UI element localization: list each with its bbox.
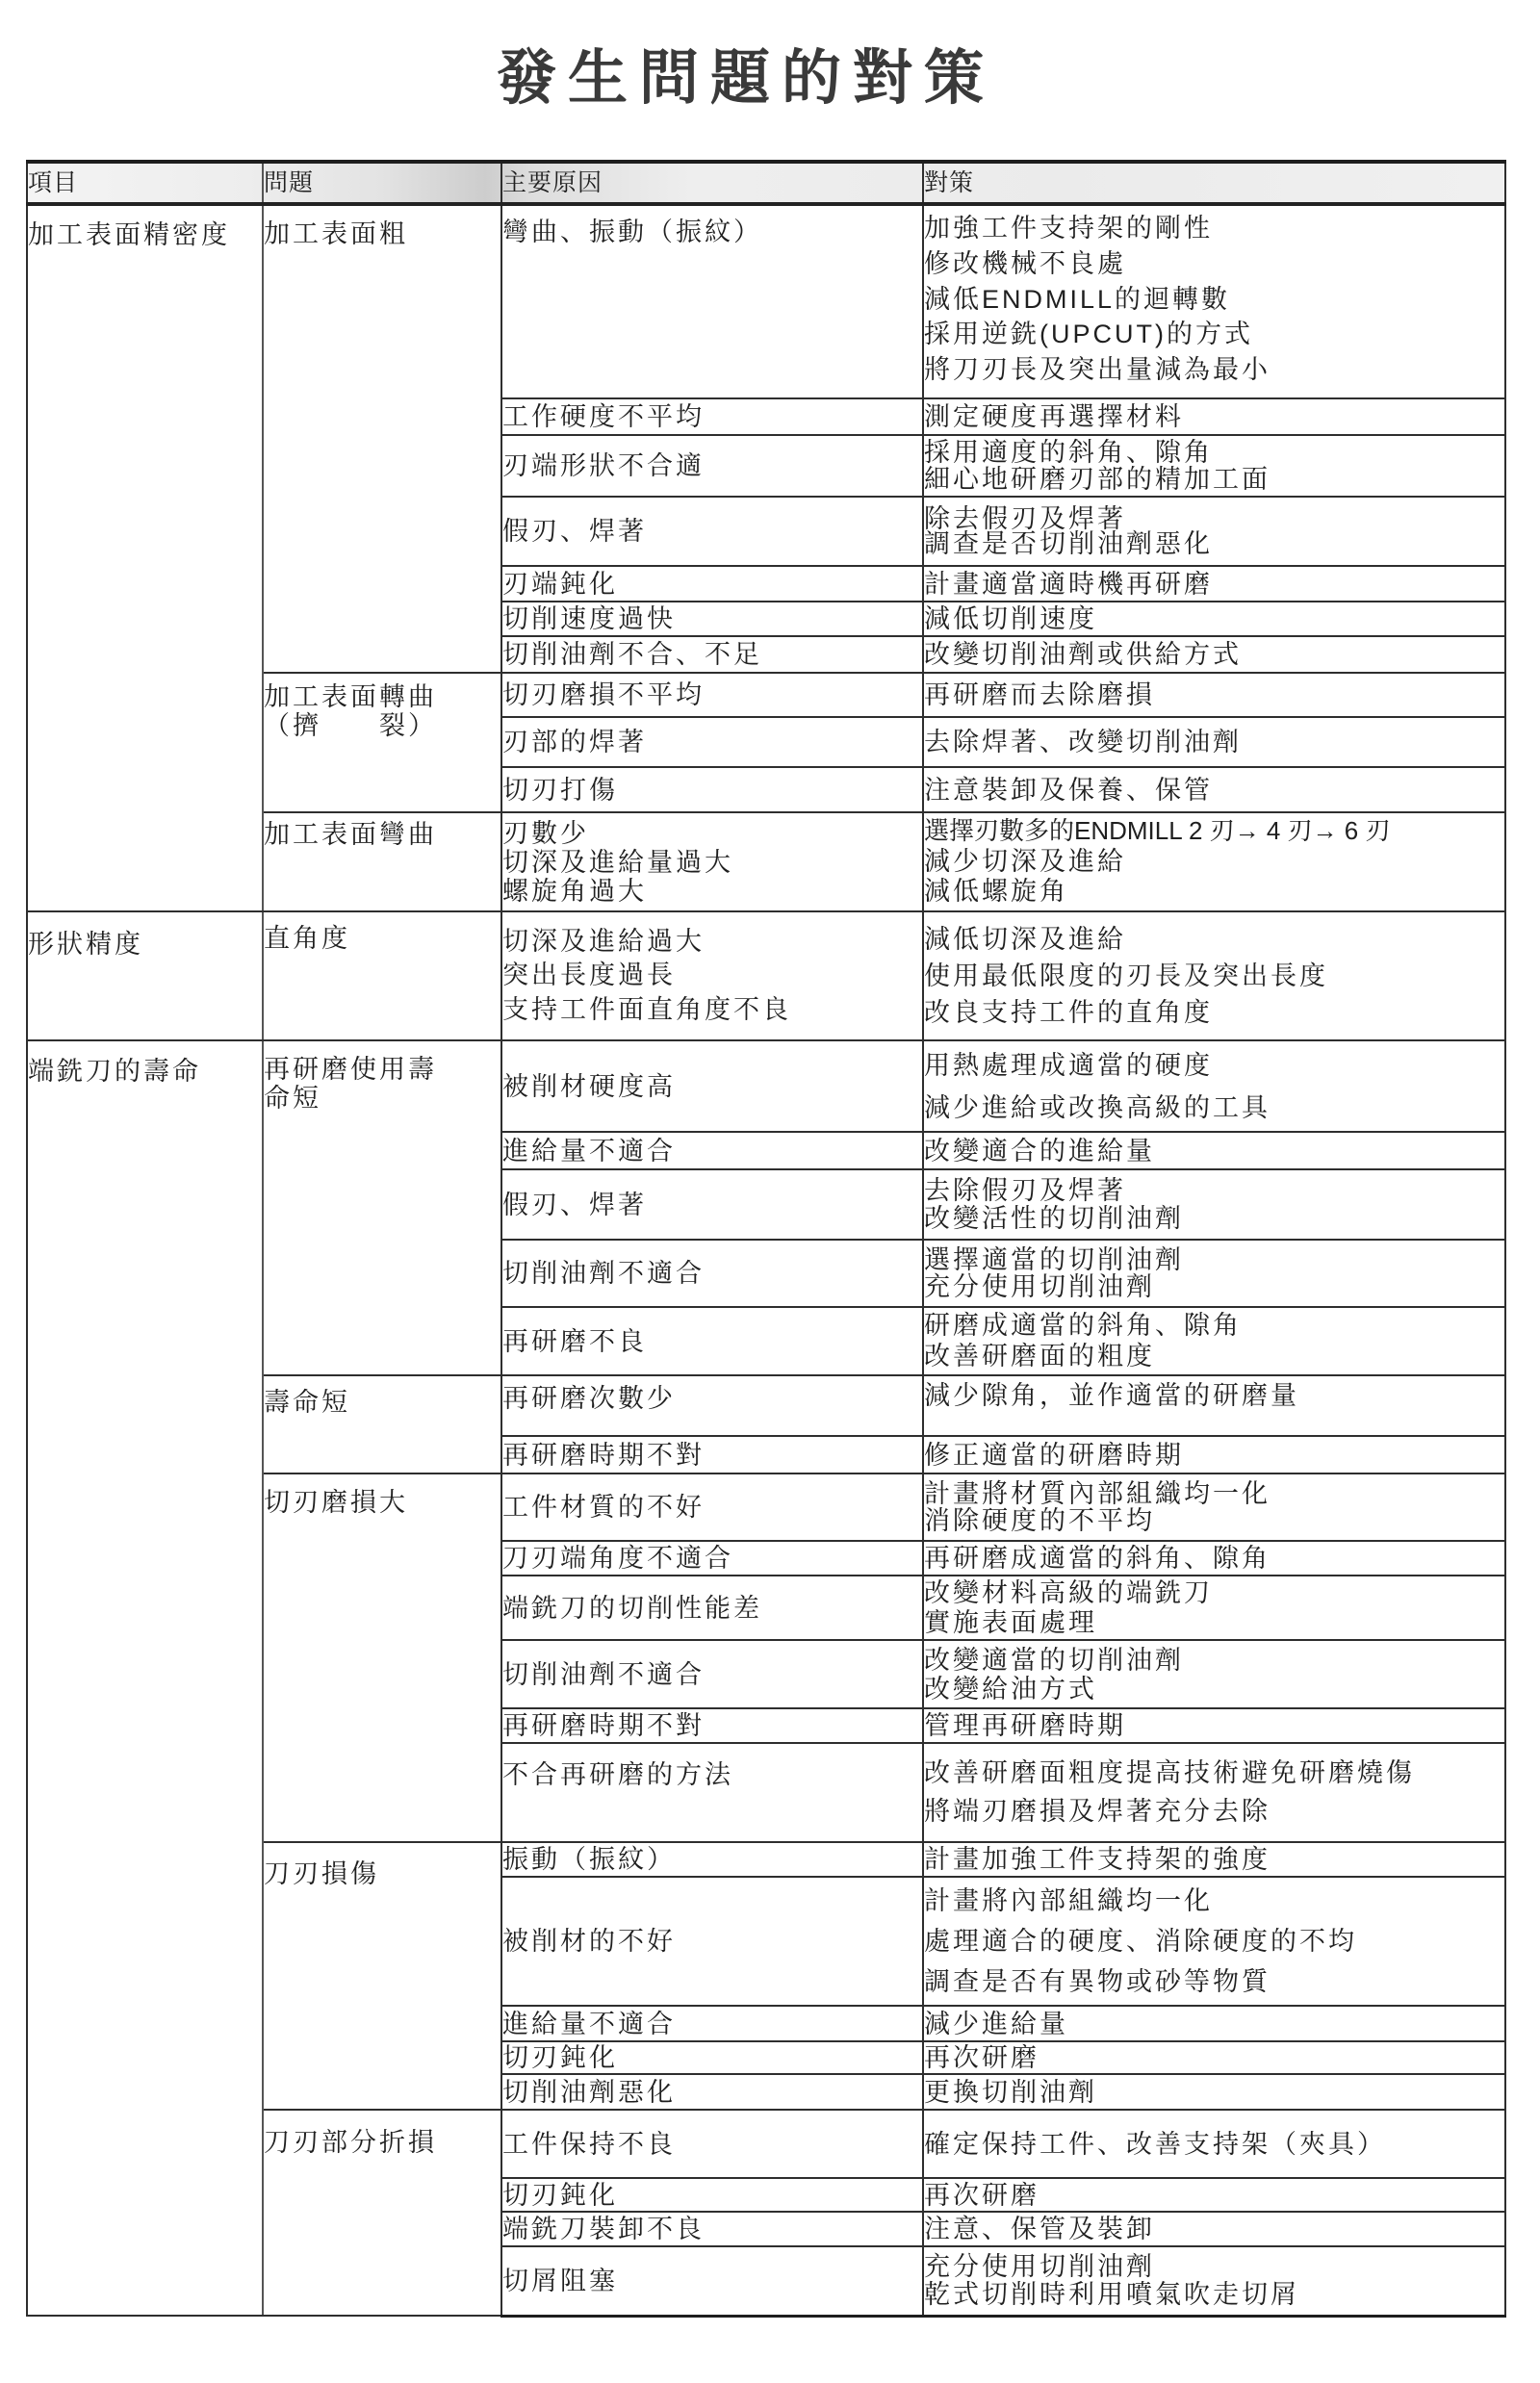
measure-line: 減低切削速度 — [924, 604, 1501, 633]
header-problem: 問題 — [263, 162, 501, 204]
cause-line: 刃數少 — [502, 819, 918, 848]
measure-line: 減低螺旋角 — [924, 877, 1501, 908]
measure-line: 再次研磨 — [924, 2043, 1501, 2072]
cause-line: 不合再研磨的方法 — [502, 1758, 918, 1791]
cause-line: 再研磨次數少 — [502, 1384, 918, 1413]
measure-line: 加強工件支持架的剛性 — [924, 211, 1501, 246]
measure-cell: 計畫適當適時機再研磨 — [923, 566, 1505, 602]
measure-line: 改變切削油劑或供給方式 — [924, 640, 1501, 669]
cause-cell: 振動（振紋） — [501, 1842, 923, 1877]
measure-line: 再研磨成適當的斜角、隙角 — [924, 1544, 1501, 1573]
item-label: 端銑刀的壽命 — [28, 1057, 258, 1086]
measure-line: 改變適合的進給量 — [924, 1137, 1501, 1166]
cause-line: 再研磨時期不對 — [502, 1441, 918, 1470]
item-label: 加工表面精密度 — [28, 220, 258, 249]
cause-cell: 切刃鈍化 — [501, 2178, 923, 2212]
problem-label: 直角度 — [264, 924, 497, 953]
measure-cell: 充分使用切削油劑 乾式切削時利用噴氣吹走切屑 — [923, 2246, 1505, 2316]
measure-cell: 再研磨而去除磨損 — [923, 673, 1505, 717]
measure-line: 調查是否切削油劑惡化 — [924, 531, 1501, 556]
cause-line: 支持工件面直角度不良 — [502, 993, 918, 1028]
measure-line: 改變給油方式 — [924, 1675, 1501, 1704]
measure-line: 採用適度的斜角、隙角 — [924, 439, 1501, 466]
cause-line: 切削油劑不適合 — [502, 1660, 918, 1689]
problem-cell: 加工表面彎曲 — [263, 812, 501, 911]
cause-line: 切深及進給過大 — [502, 925, 918, 960]
cause-line: 切刃鈍化 — [502, 2181, 918, 2210]
cause-line: 突出長度過長 — [502, 959, 918, 993]
cause-cell: 假刃、焊著 — [501, 1169, 923, 1240]
measure-cell: 管理再研磨時期 — [923, 1708, 1505, 1743]
measure-cell: 注意、保管及裝卸 — [923, 2212, 1505, 2246]
measure-line: 去除焊著、改變切削油劑 — [924, 728, 1501, 756]
cause-cell: 工件材質的不好 — [501, 1473, 923, 1541]
measure-line: 管理再研磨時期 — [924, 1711, 1501, 1740]
problem-label: 壽命短 — [264, 1388, 497, 1417]
measure-line: 更換切削油劑 — [924, 2078, 1501, 2107]
measure-line: 乾式切削時利用噴氣吹走切屑 — [924, 2281, 1501, 2308]
item-cell: 形狀精度 — [27, 911, 263, 1040]
cause-line: 假刃、焊著 — [502, 1191, 918, 1219]
measure-line: 減少切深及進給 — [924, 847, 1501, 878]
table-header: 項目 問題 主要原因 對策 — [27, 162, 1505, 204]
cause-cell: 切刃鈍化 — [501, 2041, 923, 2074]
item-cell: 端銑刀的壽命 — [27, 1040, 263, 2316]
table-row: 加工表面精密度 加工表面粗 彎曲、振動（振紋） 加強工件支持架的剛性 修改機械不… — [27, 204, 1505, 398]
measure-line: 修正適當的研磨時期 — [924, 1441, 1501, 1470]
measure-line: 使用最低限度的刃長及突出長度 — [924, 958, 1501, 994]
measure-line: 充分使用切削油劑 — [924, 1273, 1501, 1300]
cause-cell: 被削材硬度高 — [501, 1040, 923, 1132]
cause-line: 彎曲、振動（振紋） — [502, 216, 918, 248]
cause-cell: 進給量不適合 — [501, 1132, 923, 1169]
cause-cell: 刃端形狀不合適 — [501, 435, 923, 497]
measure-cell: 注意裝卸及保養、保管 — [923, 767, 1505, 812]
problem-label: 命短 — [264, 1084, 497, 1113]
measure-cell: 加強工件支持架的剛性 修改機械不良處 減低ENDMILL的迴轉數 採用逆銑(UP… — [923, 204, 1505, 398]
measure-line: 處理適合的硬度、消除硬度的不均 — [924, 1921, 1501, 1961]
measure-cell: 計畫將材質內部組織均一化 消除硬度的不平均 — [923, 1473, 1505, 1541]
problem-cell: 壽命短 — [263, 1375, 501, 1473]
cause-cell: 刃數少 切深及進給量過大 螺旋角過大 — [501, 812, 923, 911]
measure-cell: 減低切深及進給 使用最低限度的刃長及突出長度 改良支持工件的直角度 — [923, 911, 1505, 1040]
cause-line: 振動（振紋） — [502, 1845, 918, 1874]
cause-line: 螺旋角過大 — [502, 877, 918, 906]
cause-line: 切削油劑惡化 — [502, 2078, 918, 2107]
cause-cell: 彎曲、振動（振紋） — [501, 204, 923, 398]
cause-cell: 不合再研磨的方法 — [501, 1743, 923, 1842]
countermeasure-table: 項目 問題 主要原因 對策 加工表面精密度 加工表面粗 彎曲、振動（振紋） 加強… — [26, 160, 1506, 2318]
measure-line: 修改機械不良處 — [924, 246, 1501, 282]
cause-line: 工作硬度不平均 — [502, 402, 918, 431]
cause-line: 切刃打傷 — [502, 776, 918, 805]
measure-cell: 改善研磨面粗度提高技術避免研磨燒傷 將端刃磨損及焊著充分去除 — [923, 1743, 1505, 1842]
measure-line: 計畫加強工件支持架的強度 — [924, 1845, 1501, 1874]
item-cell: 加工表面精密度 — [27, 204, 263, 911]
header-item: 項目 — [27, 162, 263, 204]
cause-line: 切削速度過快 — [502, 604, 918, 633]
problem-label: 切刃磨損大 — [264, 1488, 497, 1517]
cause-cell: 工作硬度不平均 — [501, 398, 923, 435]
cause-line: 刀刃端角度不適合 — [502, 1544, 918, 1573]
measure-cell: 再研磨成適當的斜角、隙角 — [923, 1541, 1505, 1576]
measure-line: 充分使用切削油劑 — [924, 2253, 1501, 2280]
problem-cell: 切刃磨損大 — [263, 1473, 501, 1842]
measure-line: 再次研磨 — [924, 2181, 1501, 2210]
measure-line: 除去假刃及焊著 — [924, 506, 1501, 531]
cause-cell: 端銑刀裝卸不良 — [501, 2212, 923, 2246]
problem-label: 刀刃部分折損 — [264, 2128, 497, 2157]
measure-cell: 再次研磨 — [923, 2178, 1505, 2212]
cause-line: 端銑刀的切削性能差 — [502, 1594, 918, 1623]
cause-cell: 切刃打傷 — [501, 767, 923, 812]
header-measure: 對策 — [923, 162, 1505, 204]
cause-line: 工件材質的不好 — [502, 1493, 918, 1522]
cause-line: 假刃、焊著 — [502, 517, 918, 546]
cause-cell: 切屑阻塞 — [501, 2246, 923, 2316]
measure-cell: 採用適度的斜角、隙角 細心地研磨刃部的精加工面 — [923, 435, 1505, 497]
problem-label: 再研磨使用壽 — [264, 1055, 497, 1084]
measure-line: 減低ENDMILL的迴轉數 — [924, 282, 1501, 318]
measure-cell: 選擇刃數多的ENDMILL 2 刃→ 4 刃→ 6 刃 減少切深及進給 減低螺旋… — [923, 812, 1505, 911]
table-row: 形狀精度 直角度 切深及進給過大 突出長度過長 支持工件面直角度不良 減低切深及… — [27, 911, 1505, 1040]
cause-line: 再研磨不良 — [502, 1327, 918, 1356]
cause-line: 進給量不適合 — [502, 1137, 918, 1166]
measure-cell: 減低切削速度 — [923, 602, 1505, 636]
problem-cell: 加工表面粗 — [263, 204, 501, 673]
table-row: 端銑刀的壽命 再研磨使用壽 命短 被削材硬度高 用熱處理成適當的硬度 減少進給或… — [27, 1040, 1505, 1132]
measure-line: 改善研磨面的粗度 — [924, 1342, 1501, 1372]
cause-cell: 切削油劑不合、不足 — [501, 636, 923, 673]
measure-line: 選擇刃數多的ENDMILL 2 刃→ 4 刃→ 6 刃 — [924, 816, 1501, 847]
measure-line: 減少進給或改換高級的工具 — [924, 1087, 1501, 1129]
cause-cell: 端銑刀的切削性能差 — [501, 1576, 923, 1640]
cause-line: 切刃鈍化 — [502, 2043, 918, 2072]
cause-line: 切屑阻塞 — [502, 2267, 918, 2295]
cause-cell: 再研磨時期不對 — [501, 1708, 923, 1743]
cause-cell: 切削油劑不適合 — [501, 1640, 923, 1708]
measure-cell: 確定保持工件、改善支持架（夾具） — [923, 2110, 1505, 2178]
measure-cell: 改變切削油劑或供給方式 — [923, 636, 1505, 673]
measure-line: 注意裝卸及保養、保管 — [924, 776, 1501, 805]
measure-line: 減少隙角，並作適當的研磨量 — [924, 1381, 1501, 1410]
problem-label: 加工表面轉曲 — [264, 682, 497, 711]
cause-cell: 再研磨不良 — [501, 1307, 923, 1375]
problem-label: 刀刃損傷 — [264, 1859, 497, 1888]
cause-cell: 工件保持不良 — [501, 2110, 923, 2178]
cause-cell: 再研磨次數少 — [501, 1375, 923, 1436]
measure-cell: 除去假刃及焊著 調查是否切削油劑惡化 — [923, 497, 1505, 566]
cause-cell: 假刃、焊著 — [501, 497, 923, 566]
measure-line: 採用逆銑(UPCUT)的方式 — [924, 317, 1501, 352]
measure-line: 計畫將材質內部組織均一化 — [924, 1480, 1501, 1507]
problem-cell: 加工表面轉曲 （擠 裂） — [263, 673, 501, 812]
measure-cell: 選擇適當的切削油劑 充分使用切削油劑 — [923, 1240, 1505, 1307]
cause-line: 切刃磨損不平均 — [502, 680, 918, 709]
measure-cell: 減少進給量 — [923, 2006, 1505, 2041]
cause-line: 被削材硬度高 — [502, 1072, 918, 1101]
cause-cell: 切削油劑惡化 — [501, 2074, 923, 2110]
measure-cell: 改變適當的切削油劑 改變給油方式 — [923, 1640, 1505, 1708]
measure-line: 再研磨而去除磨損 — [924, 680, 1501, 709]
measure-line: 消除硬度的不平均 — [924, 1507, 1501, 1534]
measure-cell: 改變適合的進給量 — [923, 1132, 1505, 1169]
measure-cell: 用熱處理成適當的硬度 減少進給或改換高級的工具 — [923, 1040, 1505, 1132]
measure-cell: 計畫將內部組織均一化 處理適合的硬度、消除硬度的不均 調查是否有異物或砂等物質 — [923, 1877, 1505, 2006]
measure-line: 計畫將內部組織均一化 — [924, 1881, 1501, 1921]
cause-cell: 再研磨時期不對 — [501, 1436, 923, 1473]
cause-line: 刃部的焊著 — [502, 728, 918, 756]
item-label: 形狀精度 — [28, 930, 258, 959]
cause-cell: 切削油劑不適合 — [501, 1240, 923, 1307]
problem-cell: 刀刃損傷 — [263, 1842, 501, 2110]
cause-line: 端銑刀裝卸不良 — [502, 2215, 918, 2243]
cause-line: 切削油劑不合、不足 — [502, 640, 918, 669]
page-title: 發生問題的對策 — [0, 44, 1480, 114]
cause-cell: 切刃磨損不平均 — [501, 673, 923, 717]
measure-line: 注意、保管及裝卸 — [924, 2215, 1501, 2243]
measure-line: 去除假刃及焊著 — [924, 1177, 1501, 1204]
cause-line: 進給量不適合 — [502, 2010, 918, 2038]
measure-cell: 研磨成適當的斜角、隙角 改善研磨面的粗度 — [923, 1307, 1505, 1375]
cause-line: 再研磨時期不對 — [502, 1711, 918, 1740]
measure-cell: 去除假刃及焊著 改變活性的切削油劑 — [923, 1169, 1505, 1240]
measure-line: 將刀刃長及突出量減為最小 — [924, 352, 1501, 388]
cause-line: 被削材的不好 — [502, 1927, 918, 1956]
measure-cell: 去除焊著、改變切削油劑 — [923, 717, 1505, 767]
problem-label: （擠 裂） — [264, 711, 497, 740]
measure-line: 測定硬度再選擇材料 — [924, 402, 1501, 431]
header-cause: 主要原因 — [501, 162, 923, 204]
measure-cell: 修正適當的研磨時期 — [923, 1436, 1505, 1473]
measure-line: 計畫適當適時機再研磨 — [924, 570, 1501, 599]
measure-cell: 減少隙角，並作適當的研磨量 — [923, 1375, 1505, 1436]
cause-cell: 切深及進給過大 突出長度過長 支持工件面直角度不良 — [501, 911, 923, 1040]
cause-cell: 進給量不適合 — [501, 2006, 923, 2041]
measure-cell: 計畫加強工件支持架的強度 — [923, 1842, 1505, 1877]
measure-line: 減低切深及進給 — [924, 921, 1501, 958]
cause-line: 切削油劑不適合 — [502, 1259, 918, 1288]
cause-line: 工件保持不良 — [502, 2130, 918, 2159]
cause-line: 刃端鈍化 — [502, 570, 918, 599]
measure-line: 改善研磨面粗度提高技術避免研磨燒傷 — [924, 1755, 1501, 1793]
measure-line: 改變適當的切削油劑 — [924, 1646, 1501, 1675]
measure-cell: 測定硬度再選擇材料 — [923, 398, 1505, 435]
problem-label: 加工表面彎曲 — [264, 820, 497, 849]
measure-line: 細心地研磨刃部的精加工面 — [924, 466, 1501, 493]
measure-line: 改變材料高級的端銑刀 — [924, 1578, 1501, 1608]
cause-cell: 刃部的焊著 — [501, 717, 923, 767]
cause-cell: 被削材的不好 — [501, 1877, 923, 2006]
measure-line: 改變活性的切削油劑 — [924, 1205, 1501, 1232]
measure-cell: 再次研磨 — [923, 2041, 1505, 2074]
cause-line: 切深及進給量過大 — [502, 848, 918, 877]
measure-line: 改良支持工件的直角度 — [924, 994, 1501, 1031]
problem-label: 加工表面粗 — [264, 219, 497, 248]
measure-line: 用熱處理成適當的硬度 — [924, 1044, 1501, 1087]
measure-line: 確定保持工件、改善支持架（夾具） — [924, 2130, 1501, 2159]
measure-line: 研磨成適當的斜角、隙角 — [924, 1311, 1501, 1342]
problem-cell: 刀刃部分折損 — [263, 2110, 501, 2316]
measure-cell: 更換切削油劑 — [923, 2074, 1505, 2110]
measure-line: 選擇適當的切削油劑 — [924, 1246, 1501, 1273]
problem-cell: 再研磨使用壽 命短 — [263, 1040, 501, 1375]
measure-line: 調查是否有異物或砂等物質 — [924, 1961, 1501, 2002]
cause-cell: 刀刃端角度不適合 — [501, 1541, 923, 1576]
cause-cell: 切削速度過快 — [501, 602, 923, 636]
measure-line: 減少進給量 — [924, 2010, 1501, 2038]
cause-cell: 刃端鈍化 — [501, 566, 923, 602]
cause-line: 刃端形狀不合適 — [502, 451, 918, 480]
measure-cell: 改變材料高級的端銑刀 實施表面處理 — [923, 1576, 1505, 1640]
problem-cell: 直角度 — [263, 911, 501, 1040]
measure-line: 將端刃磨損及焊著充分去除 — [924, 1793, 1501, 1832]
measure-line: 實施表面處理 — [924, 1608, 1501, 1638]
